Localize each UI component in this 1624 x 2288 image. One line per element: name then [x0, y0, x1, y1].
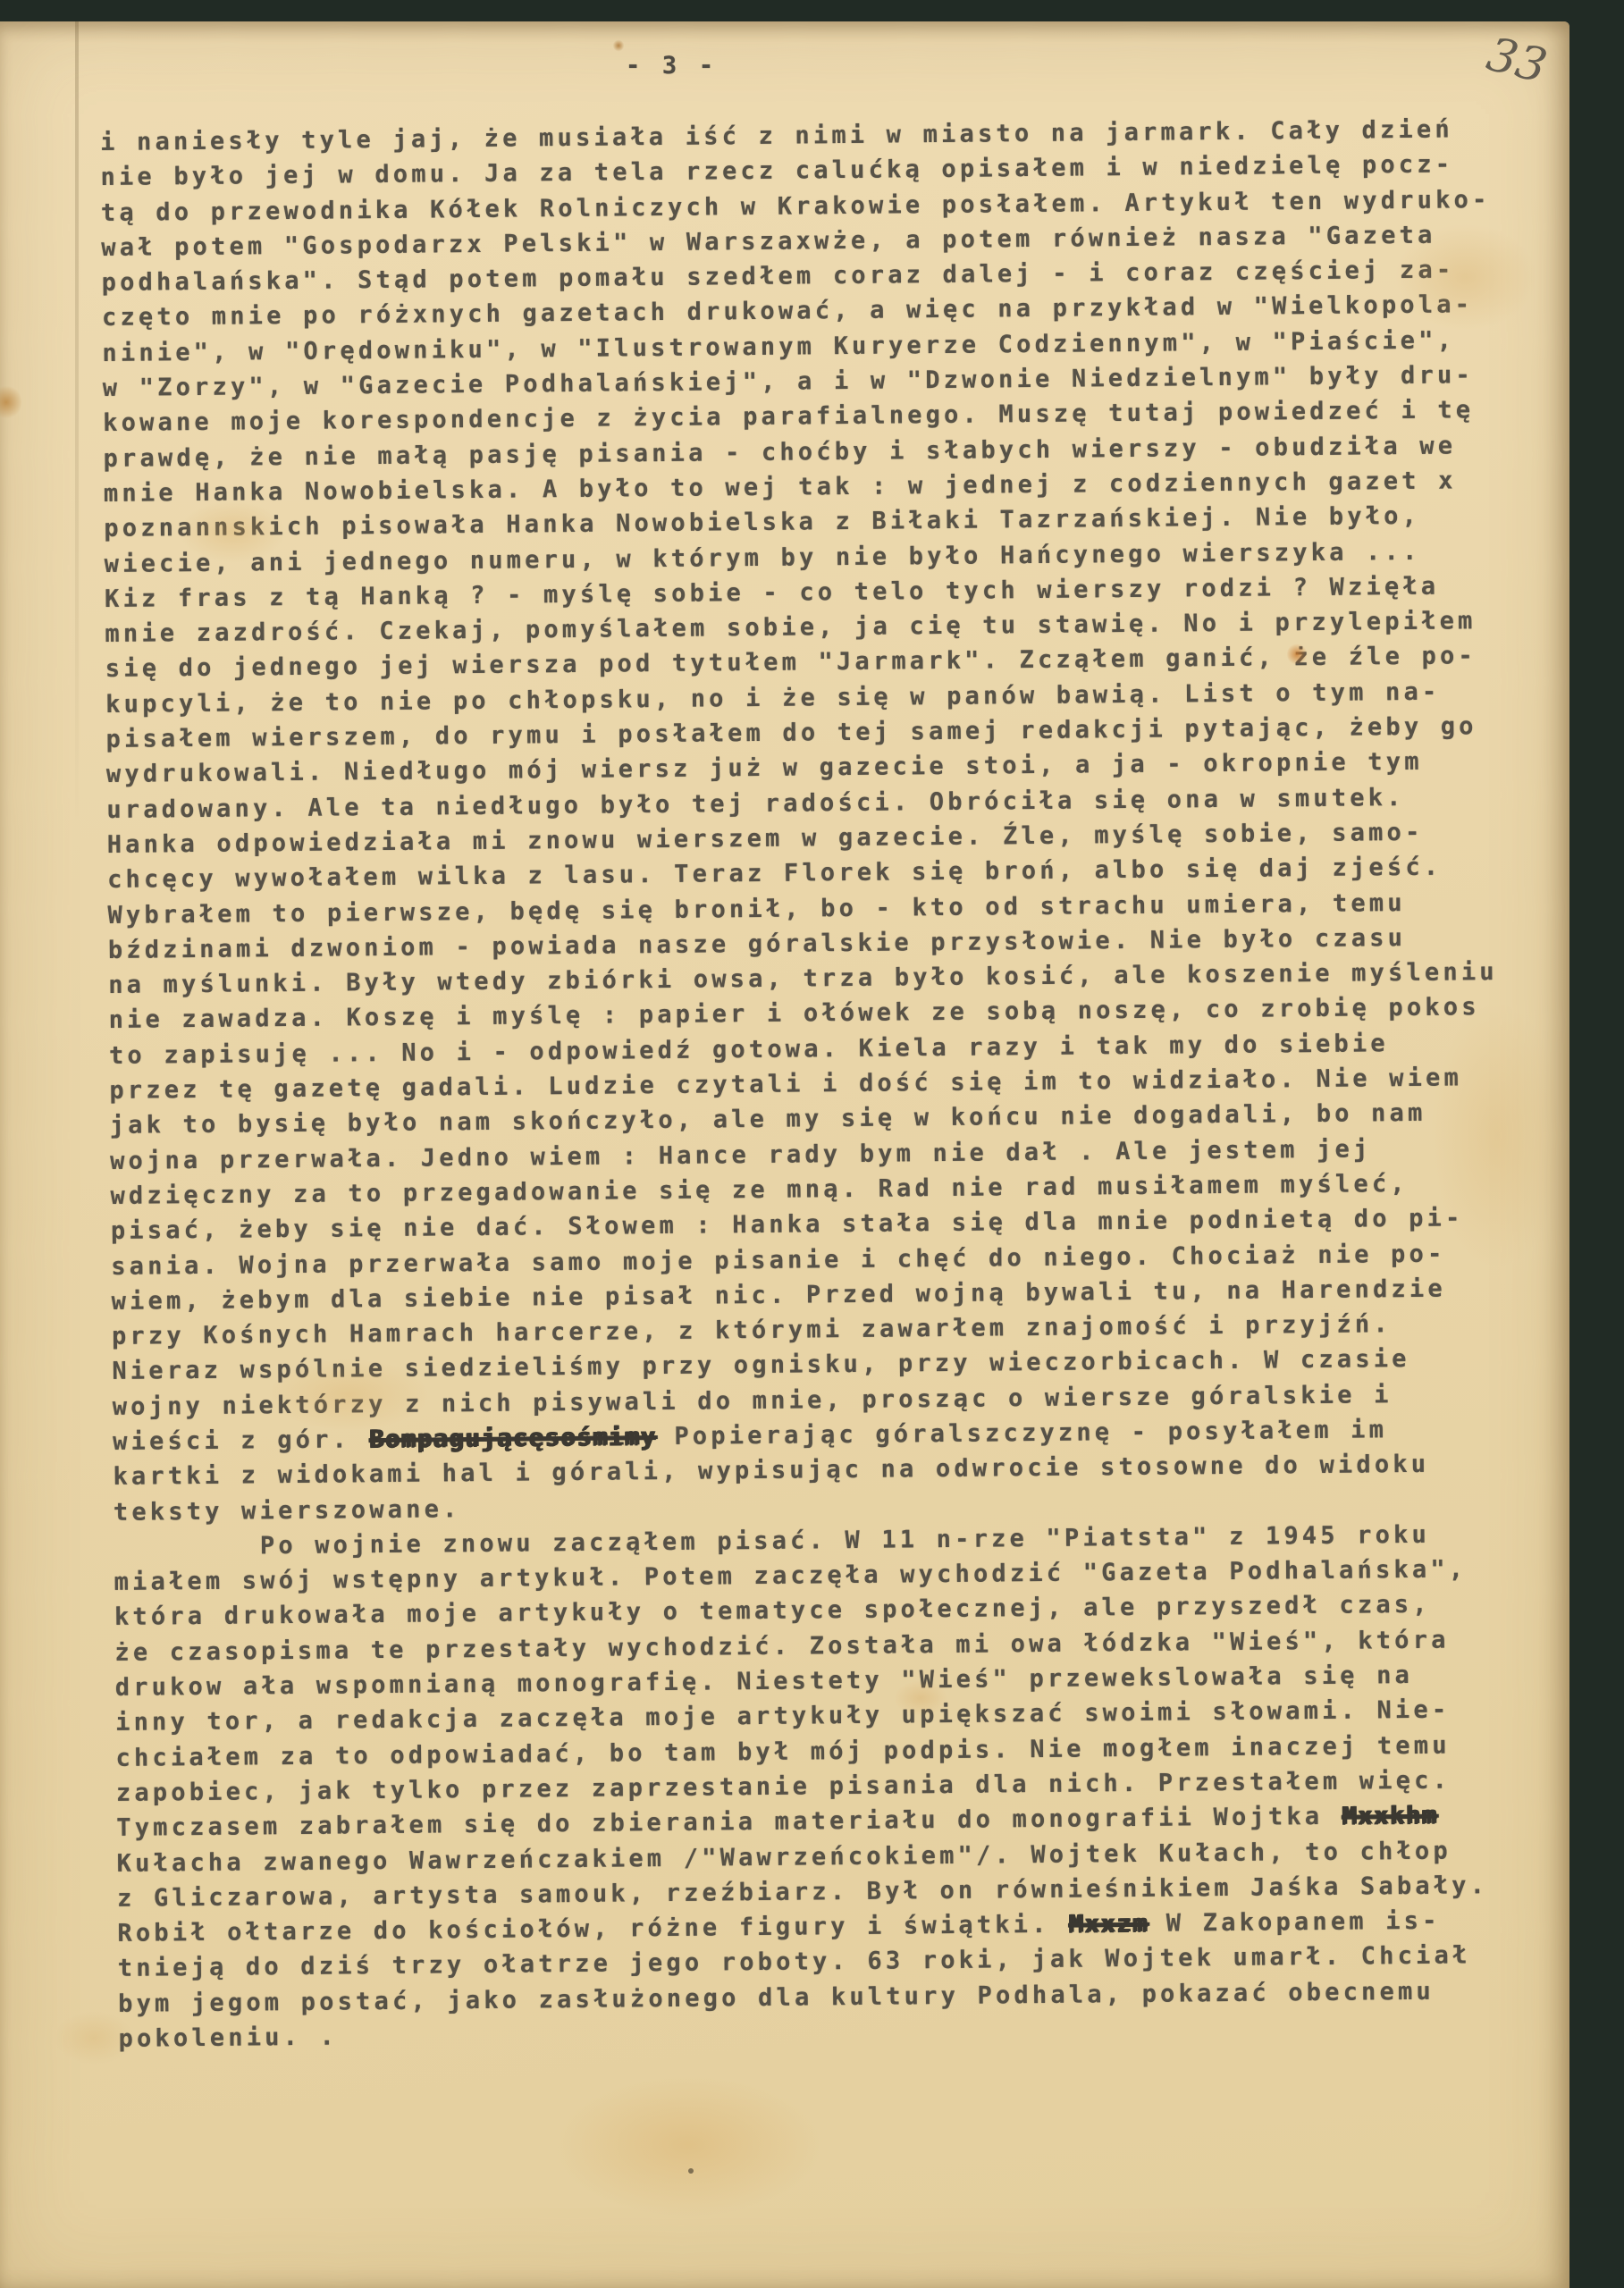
- text-run: pokoleniu. .: [118, 2023, 338, 2053]
- text-run: wieści z gór.: [113, 1426, 369, 1456]
- handwritten-folio-number: 33: [1482, 28, 1552, 94]
- scanned-document: { "page": { "header": { "page_number": "…: [0, 0, 1624, 2288]
- text-run: teksty wierszowane.: [114, 1495, 461, 1527]
- typed-text: i naniesły tyle jaj, że musiała iść z ni…: [100, 112, 1556, 2057]
- page-number: - 3 -: [626, 52, 717, 80]
- struck-out-text: Bompagującęsośmimy: [368, 1423, 656, 1453]
- stray-ink-dot: [688, 2168, 694, 2174]
- text-run: Popierając góralszczyznę - posyłałem im: [656, 1416, 1387, 1451]
- text-run: W Zakopanem is-: [1148, 1907, 1441, 1938]
- struck-out-text: Mxxkhm: [1342, 1802, 1437, 1830]
- text-run: Robił ołtarze do kościołów, różne figury…: [117, 1911, 1068, 1947]
- paragraph: Po wojnie znowu zacząłem pisać. W 11 n-r…: [114, 1516, 1556, 2057]
- struck-out-text: Mxxzm: [1068, 1910, 1149, 1939]
- paper-sheet: - 3 - 33 i naniesły tyle jaj, że musiała…: [0, 21, 1569, 2288]
- paragraph: i naniesły tyle jaj, że musiała iść z ni…: [100, 112, 1551, 1530]
